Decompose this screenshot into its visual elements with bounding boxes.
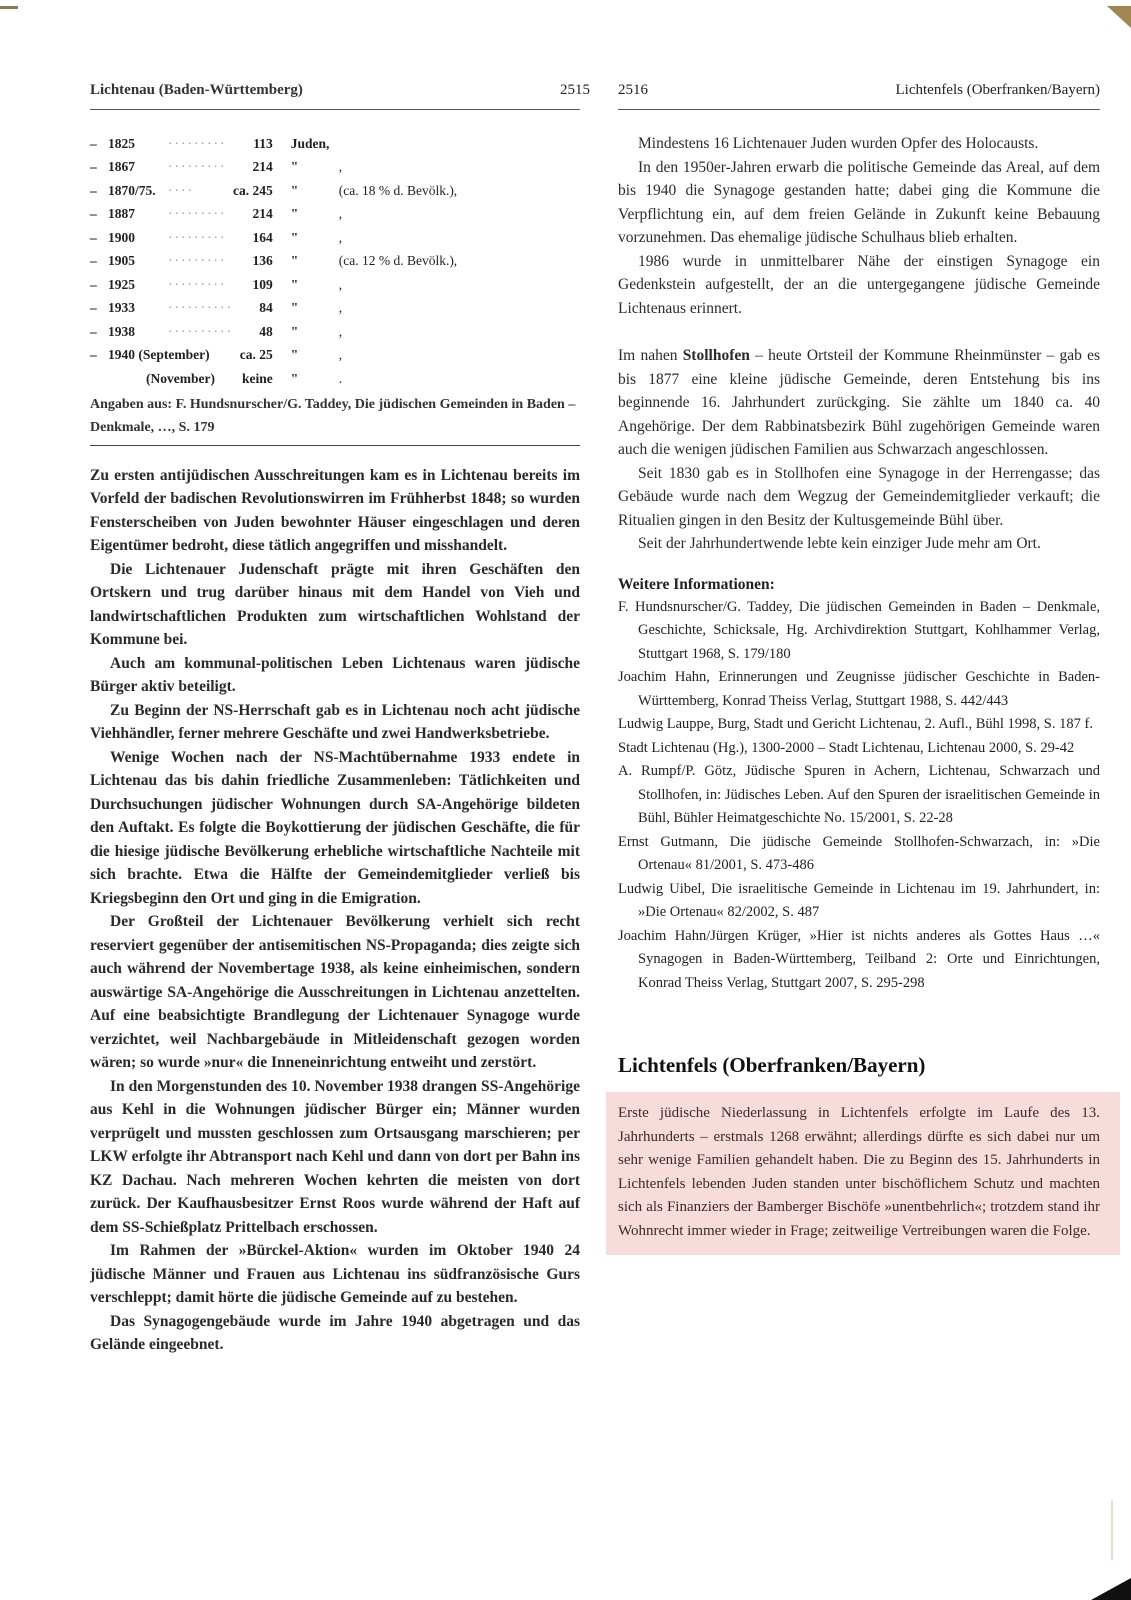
left-page-column: Lichtenau (Baden-Württemberg) 2515 –1825… (90, 82, 580, 1357)
paragraph: Die Lichtenauer Judenschaft prägte mit i… (90, 558, 580, 652)
stollhofen-paragraph: Im nahen Stollhofen – heute Ortsteil der… (618, 344, 1100, 462)
table-row: –1933··········84", (90, 297, 457, 321)
left-running-title: Lichtenau (Baden-Württemberg) (90, 82, 303, 99)
table-row: –1940 (September)ca. 25", (90, 344, 457, 368)
table-row: –1887·········214", (90, 203, 457, 227)
reference-item: Ludwig Uibel, Die israelitische Gemeinde… (618, 878, 1100, 925)
left-running-head: Lichtenau (Baden-Württemberg) 2515 (90, 82, 580, 110)
paragraph: In den 1950er-Jahren erwarb die politisc… (618, 156, 1100, 250)
reference-item: A. Rumpf/P. Götz, Jüdische Spuren in Ach… (618, 760, 1100, 831)
paragraph: Auch am kommunal-politischen Leben Licht… (90, 652, 580, 699)
section-heading: Lichtenfels (Oberfranken/Bayern) (618, 1053, 1100, 1078)
reference-item: Joachim Hahn, Erinnerungen und Zeugnisse… (618, 666, 1100, 713)
reference-item: Ernst Gutmann, Die jüdische Gemeinde Sto… (618, 831, 1100, 878)
paragraph: In den Morgenstunden des 10. November 19… (90, 1075, 580, 1240)
scan-corner-mark (0, 6, 18, 9)
references-list: F. Hundsnurscher/G. Taddey, Die jüdische… (618, 596, 1100, 996)
population-stats-table: –1825·········113Juden, –1867·········21… (90, 132, 457, 391)
paragraph: Das Synagogengebäude wurde im Jahre 1940… (90, 1310, 580, 1357)
scan-corner-fold-bottom (1091, 1578, 1131, 1600)
page-edge-shadow (1111, 1500, 1113, 1560)
table-row: –1925·········109", (90, 273, 457, 297)
paragraph: Zu ersten antijüdischen Ausschreitungen … (90, 464, 580, 558)
table-row: –1825·········113Juden, (90, 132, 457, 156)
paragraph: 1986 wurde in unmittelbarer Nähe der ein… (618, 250, 1100, 321)
reference-item: Joachim Hahn/Jürgen Krüger, »Hier ist ni… (618, 925, 1100, 996)
right-page-column: 2516 Lichtenfels (Oberfranken/Bayern) Mi… (618, 82, 1100, 1255)
reference-item: Ludwig Lauppe, Burg, Stadt und Gericht L… (618, 713, 1100, 737)
table-row: –1867·········214", (90, 156, 457, 180)
paragraph: Der Großteil der Lichtenauer Bevölkerung… (90, 910, 580, 1075)
left-body-text: Zu ersten antijüdischen Ausschreitungen … (90, 464, 580, 1357)
paragraph: Seit der Jahrhundertwende lebte kein ein… (618, 532, 1100, 556)
paragraph: Wenige Wochen nach der NS-Machtübernahme… (90, 746, 580, 911)
highlighted-paragraph: Erste jüdische Niederlassung in Lichtenf… (606, 1092, 1120, 1255)
paragraph: Seit 1830 gab es in Stollhofen eine Syna… (618, 462, 1100, 533)
scan-corner-fold (1107, 6, 1131, 28)
right-running-head: 2516 Lichtenfels (Oberfranken/Bayern) (618, 82, 1100, 110)
right-body-text: Mindestens 16 Lichtenauer Juden wurden O… (618, 132, 1100, 556)
reference-item: F. Hundsnurscher/G. Taddey, Die jüdische… (618, 596, 1100, 667)
table-row: (November)keine". (90, 367, 457, 391)
reference-item: Stadt Lichtenau (Hg.), 1300-2000 – Stadt… (618, 737, 1100, 761)
paragraph: Zu Beginn der NS-Herrschaft gab es in Li… (90, 699, 580, 746)
table-row: –1900·········164", (90, 226, 457, 250)
references-title: Weitere Informationen: (618, 576, 1100, 594)
right-page-number: 2516 (618, 82, 648, 99)
right-running-title: Lichtenfels (Oberfranken/Bayern) (896, 82, 1101, 99)
table-row: –1870/75.····ca. 245"(ca. 18 % d. Bevölk… (90, 179, 457, 203)
stats-source-note: Angaben aus: F. Hundsnurscher/G. Taddey,… (90, 393, 580, 446)
place-name: Stollhofen (683, 347, 750, 364)
paragraph: Im Rahmen der »Bürckel-Aktion« wurden im… (90, 1239, 580, 1310)
table-row: –1905·········136"(ca. 12 % d. Bevölk.), (90, 250, 457, 274)
paragraph: Mindestens 16 Lichtenauer Juden wurden O… (618, 132, 1100, 156)
left-page-number: 2515 (560, 82, 590, 99)
table-row: –1938··········48", (90, 320, 457, 344)
